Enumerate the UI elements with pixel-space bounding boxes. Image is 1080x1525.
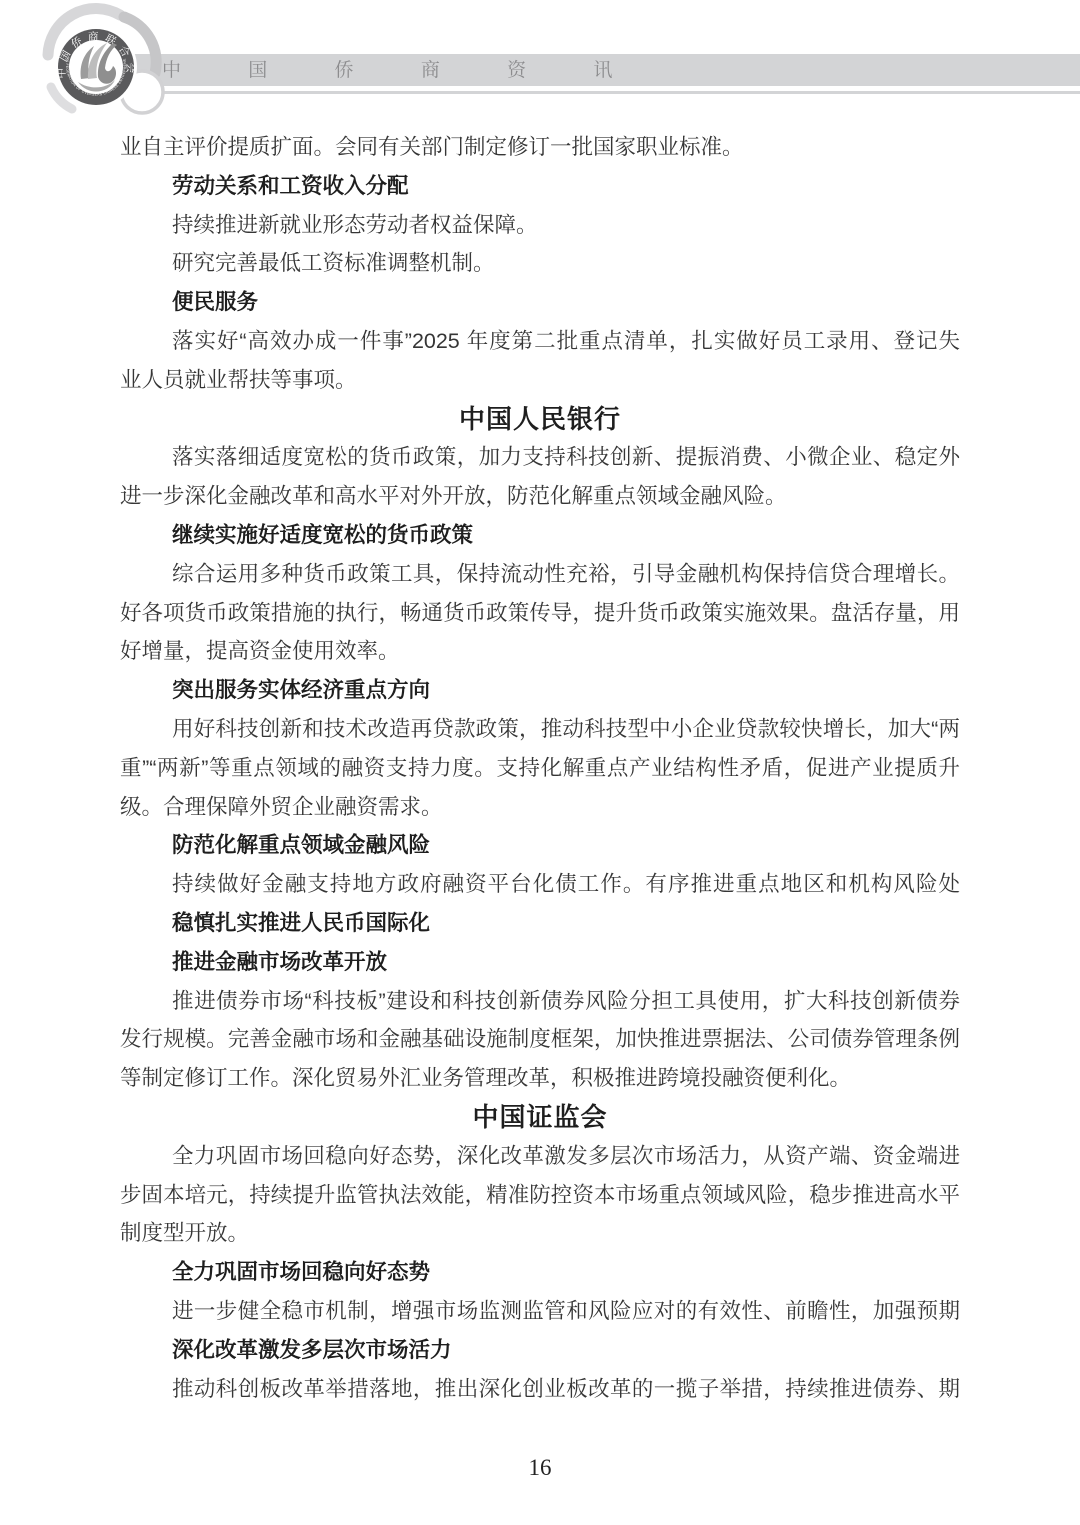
text-line: 重”“两新”等重点领域的融资支持力度。支持化解重点产业结构性矛盾，促进产业提质升 (120, 749, 960, 788)
text-line: 好各项货币政策措施的执行，畅通货币政策传导，提升货币政策实施效果。盘活存量，用 (120, 594, 960, 633)
subsection-heading: 全力巩固市场回稳向好态势 (120, 1253, 960, 1292)
text-line: 持续推进新就业形态劳动者权益保障。 (120, 206, 960, 245)
page-number: 16 (0, 1455, 1080, 1481)
header-rule-line (108, 91, 1080, 94)
subsection-heading: 稳慎扎实推进人民币国际化 (120, 904, 960, 943)
text-line: 综合运用多种货币政策工具，保持流动性充裕，引导金融机构保持信贷合理增长。抓 (120, 555, 960, 594)
section-title: 中国证监会 (120, 1098, 960, 1137)
text-line: 业自主评价提质扩面。会同有关部门制定修订一批国家职业标准。 (120, 128, 960, 167)
text-line: 研究完善最低工资标准调整机制。 (120, 244, 960, 283)
subsection-heading: 突出服务实体经济重点方向 (120, 671, 960, 710)
text-line: 级。合理保障外贸企业融资需求。 (120, 788, 960, 827)
subsection-heading: 劳动关系和工资收入分配 (120, 167, 960, 206)
federation-logo-icon: 中国侨商联合会 CHINA FEDERATION OF OVERSEAS CHI… (34, 3, 174, 133)
text-line: 业人员就业帮扶等事项。 (120, 361, 960, 400)
text-line: 发行规模。完善金融市场和金融基础设施制度框架，加快推进票据法、公司债券管理条例 (120, 1020, 960, 1059)
text-line: 步固本培元，持续提升监管执法效能，精准防控资本市场重点领域风险，稳步推进高水平 (120, 1176, 960, 1215)
subsection-heading: 继续实施好适度宽松的货币政策 (120, 516, 960, 555)
subsection-heading: 深化改革激发多层次市场活力 (120, 1331, 960, 1370)
subsection-heading: 便民服务 (120, 283, 960, 322)
text-line: 制度型开放。 (120, 1214, 960, 1253)
text-line: 落实好“高效办成一件事”2025 年度第二批重点清单，扎实做好员工录用、登记失 (120, 322, 960, 361)
content-lines: 业自主评价提质扩面。会同有关部门制定修订一批国家职业标准。劳动关系和工资收入分配… (120, 128, 960, 1408)
section-title: 中国人民银行 (120, 400, 960, 439)
subsection-heading: 防范化解重点领域金融风险 (120, 826, 960, 865)
text-line: 落实落细适度宽松的货币政策，加力支持科技创新、提振消费、小微企业、稳定外贸等， (120, 438, 960, 477)
text-line: 进一步深化金融改革和高水平对外开放，防范化解重点领域金融风险。 (120, 477, 960, 516)
text-line: 进一步健全稳市机制，增强市场监测监管和风险应对的有效性、前瞻性，加强预期引导。 (120, 1292, 960, 1331)
banner-title: 中 国 侨 商 资 讯 (162, 54, 643, 86)
text-line: 等制定修订工作。深化贸易外汇业务管理改革，积极推进跨境投融资便利化。 (120, 1059, 960, 1098)
text-line: 持续做好金融支持地方政府融资平台化债工作。有序推进重点地区和机构风险处置。 (120, 865, 960, 904)
text-line: 全力巩固市场回稳向好态势，深化改革激发多层次市场活力，从资产端、资金端进一 (120, 1137, 960, 1176)
text-line: 推进债券市场“科技板”建设和科技创新债券风险分担工具使用，扩大科技创新债券 (120, 982, 960, 1021)
text-line: 好增量，提高资金使用效率。 (120, 632, 960, 671)
text-line: 用好科技创新和技术改造再贷款政策，推动科技型中小企业贷款较快增长，加大“两 (120, 710, 960, 749)
document-page: 中 国 侨 商 资 讯 中国侨商联合会 CHINA FEDERATION OF … (0, 0, 1080, 1525)
subsection-heading: 推进金融市场改革开放 (120, 943, 960, 982)
text-line: 推动科创板改革举措落地，推出深化创业板改革的一揽子举措，持续推进债券、期货 (120, 1370, 960, 1409)
